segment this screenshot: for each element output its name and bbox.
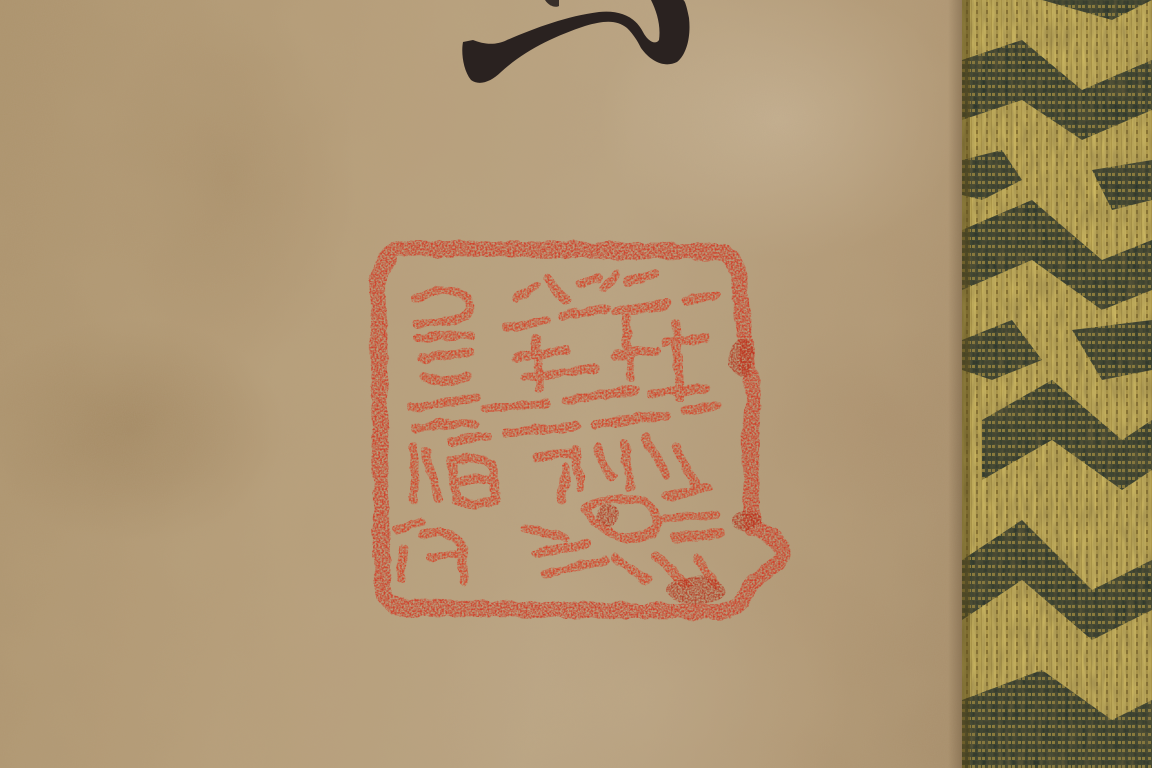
paper-edge-shadow (948, 0, 962, 768)
brocade-mounting (962, 0, 1152, 768)
scroll-photograph: Red square seal impression (seal script,… (0, 0, 1152, 768)
seal-caption: Red square seal impression (seal script,… (366, 238, 394, 239)
ink-brush-stroke (455, 0, 695, 95)
red-seal-stamp: Red square seal impression (seal script,… (366, 238, 796, 628)
brocade-weave-pattern (962, 0, 1152, 768)
